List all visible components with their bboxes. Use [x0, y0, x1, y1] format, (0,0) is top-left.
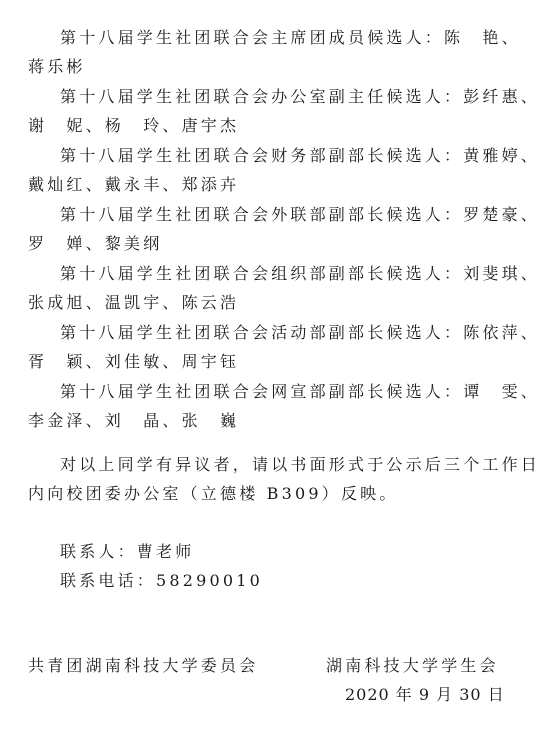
signature-org-left: 共青团湖南科技大学委员会	[28, 656, 258, 676]
candidate-line: 第十八届学生社团联合会财务部副部长候选人：黄雅婷、	[60, 146, 540, 166]
candidate-line: 谢 妮、杨 玲、唐宇杰	[28, 116, 239, 136]
candidate-line: 第十八届学生社团联合会活动部副部长候选人：陈依萍、	[60, 323, 540, 343]
candidate-line: 张成旭、温凯宇、陈云浩	[28, 293, 239, 313]
candidate-line: 蒋乐彬	[28, 57, 86, 77]
candidate-line: 罗 婵、黎美纲	[28, 234, 162, 254]
candidate-line: 第十八届学生社团联合会外联部副部长候选人：罗楚豪、	[60, 205, 540, 225]
signature-org-right: 湖南科技大学学生会	[326, 656, 499, 676]
objection-notice: 内向校团委办公室（立德楼 B309）反映。	[28, 484, 399, 504]
candidate-line: 第十八届学生社团联合会主席团成员候选人：陈 艳、	[60, 28, 521, 48]
candidate-line: 李金泽、刘 晶、张 巍	[28, 411, 239, 431]
announcement-document: 第十八届学生社团联合会主席团成员候选人：陈 艳、 蒋乐彬 第十八届学生社团联合会…	[0, 0, 546, 735]
objection-notice: 对以上同学有异议者，请以书面形式于公示后三个工作日	[60, 455, 540, 475]
candidate-line: 戴灿红、戴永丰、郑添卉	[28, 175, 239, 195]
candidate-line: 第十八届学生社团联合会网宣部副部长候选人：谭 雯、	[60, 382, 540, 402]
contact-person: 联系人：曹老师	[60, 542, 194, 562]
contact-phone: 联系电话：58290010	[60, 571, 263, 591]
signature-date: 2020 年 9 月 30 日	[345, 685, 505, 705]
candidate-line: 第十八届学生社团联合会组织部副部长候选人：刘斐琪、	[60, 264, 540, 284]
candidate-line: 胥 颖、刘佳敏、周宇钰	[28, 352, 239, 372]
candidate-line: 第十八届学生社团联合会办公室副主任候选人：彭纤惠、	[60, 87, 540, 107]
